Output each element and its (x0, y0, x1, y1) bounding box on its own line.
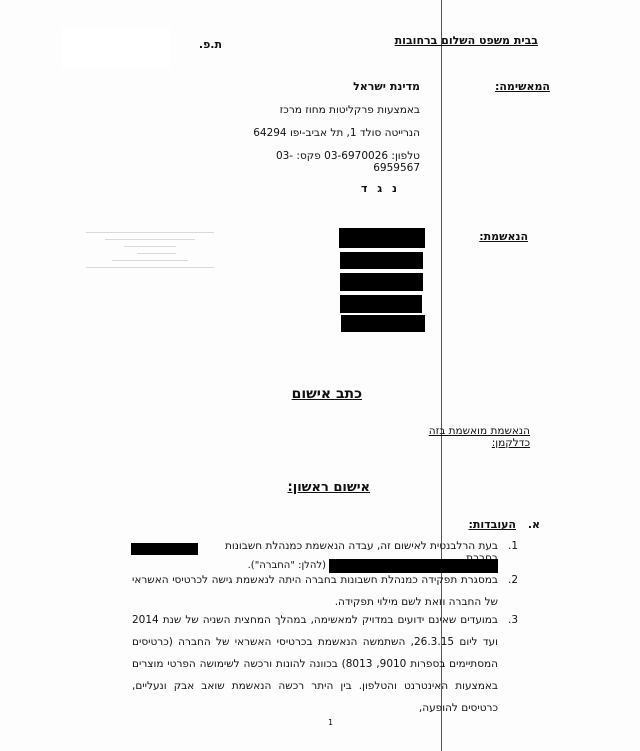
defendant-label: הנאשמת: (460, 230, 528, 243)
first-count-heading: אישום ראשון: (280, 480, 370, 495)
para-2-number: 2. (502, 574, 518, 586)
para-1-number: 1. (502, 540, 518, 552)
court-name: בבית משפט השלום ברחובות (380, 34, 538, 47)
redacted-name-1 (339, 228, 425, 248)
faded-stamp (86, 226, 214, 306)
page-number: 1 (328, 718, 333, 727)
redacted-name-2 (340, 252, 423, 269)
prosecutor-phone: טלפון: 03-6970026 פקס: 03-6959567 (230, 150, 420, 174)
prosecutor-name: מדינת ישראל (300, 80, 420, 93)
section-a-title: העובדות: (440, 518, 516, 531)
redacted-name-3 (340, 273, 423, 291)
section-a-letter: א. (520, 518, 540, 531)
versus-label: נ ג ד (340, 182, 400, 195)
prosecutor-address: הנרייטה סולד 1, תל אביב-יפו 64294 (230, 127, 420, 139)
redacted-company-1 (131, 543, 198, 555)
prosecutor-via: באמצעות פרקליטות מחוז מרכז (250, 104, 420, 116)
prosecutor-label: המאשימה: (460, 80, 550, 93)
charge-intro: הנאשמת מואשמת בזה כדלקמן: (390, 425, 530, 449)
case-number-label: ת.פ. (182, 38, 222, 51)
para-3-number: 3. (502, 614, 518, 626)
blank-patch (62, 28, 170, 68)
para-3-text: במועדים שאינם ידועים במדויק למאשימה, במה… (132, 609, 498, 719)
para-2-text: במסגרת תפקידה כמנהלת חשבונות בחברה היתה … (132, 569, 498, 613)
redacted-name-5 (341, 315, 425, 332)
document-title: כתב אישום (280, 386, 362, 402)
redacted-name-4 (340, 295, 422, 313)
